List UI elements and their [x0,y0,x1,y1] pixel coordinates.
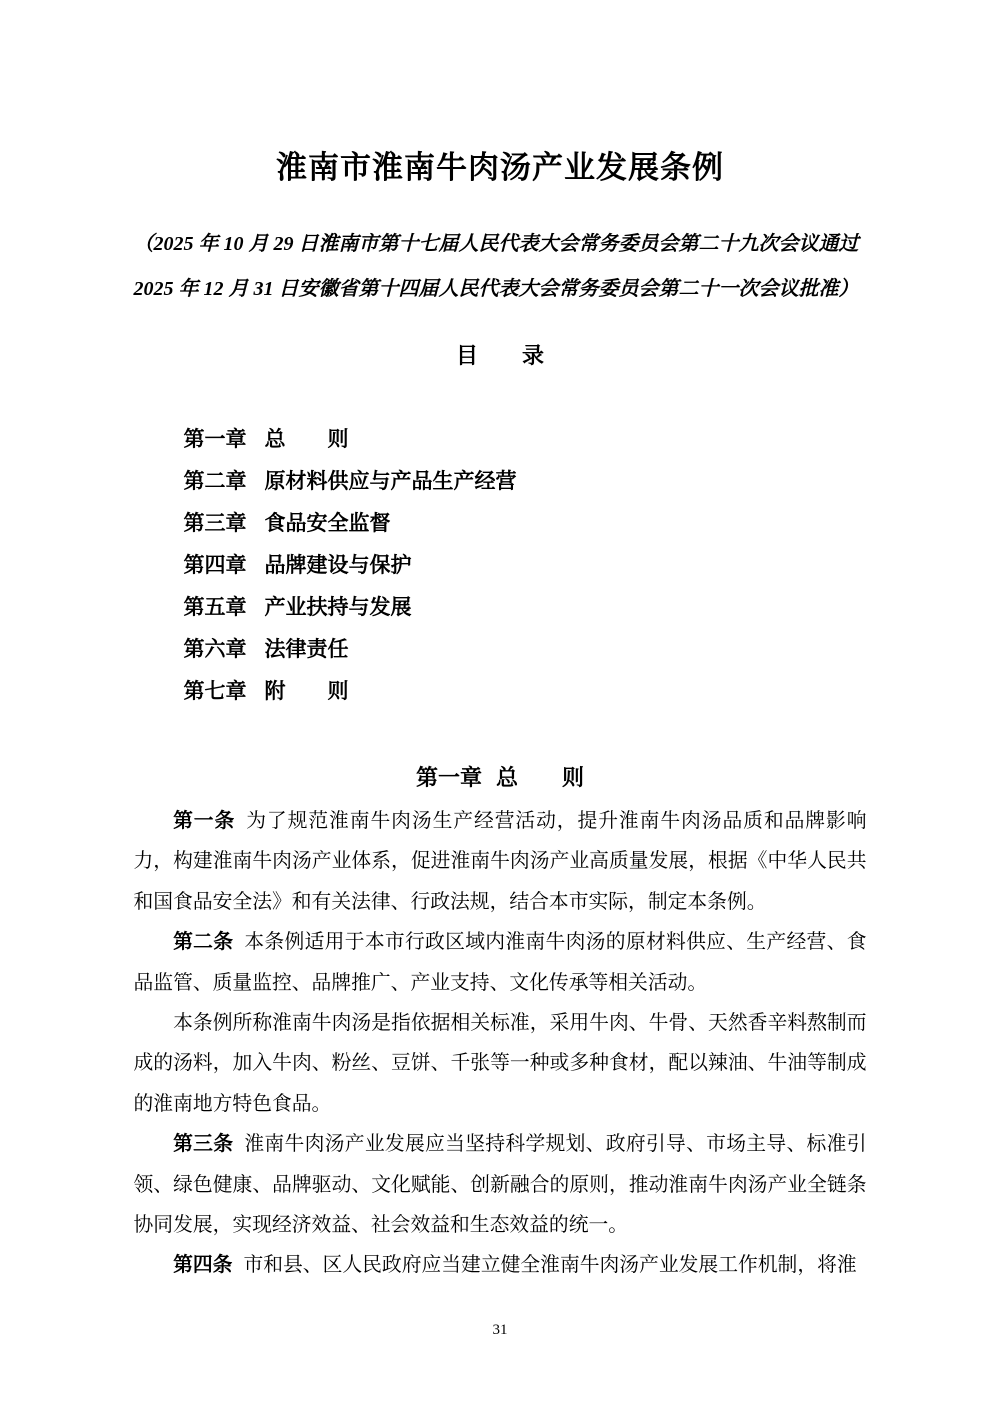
toc-row-chapter-7: 第七章附 则 [184,671,867,713]
toc-row-chapter-5: 第五章产业扶持与发展 [184,587,867,629]
toc-chapter-title: 附 则 [265,680,349,703]
article-4-text: 市和县、区人民政府应当建立健全淮南牛肉汤产业发展工作机制，将淮 [243,1254,856,1276]
toc-chapter-number: 第五章 [184,596,247,619]
toc-chapter-title: 法律责任 [265,638,349,661]
chapter-heading-number: 第一章 [416,765,482,790]
toc-row-chapter-4: 第四章品牌建设与保护 [184,545,867,587]
toc-chapter-title: 食品安全监督 [265,512,391,535]
article-1-text: 为了规范淮南牛肉汤生产经营活动，提升淮南牛肉汤品质和品牌影响力，构建淮南牛肉汤产… [134,810,867,913]
document-page: 淮南市淮南牛肉汤产业发展条例 （2025 年 10 月 29 日淮南市第十七届人… [0,0,1000,1415]
article-2-continuation-paragraph: 本条例所称淮南牛肉汤是指依据相关标准，采用牛肉、牛骨、天然香辛料熬制而成的汤料，… [134,1003,867,1124]
toc-chapter-number: 第六章 [184,638,247,661]
toc-chapter-number: 第七章 [184,680,247,703]
toc-chapter-number: 第四章 [184,554,247,577]
toc-chapter-title: 产业扶持与发展 [265,596,412,619]
article-2-paragraph: 第二条本条例适用于本市行政区域内淮南牛肉汤的原材料供应、生产经营、食品监管、质量… [134,922,867,1003]
toc-row-chapter-6: 第六章法律责任 [184,629,867,671]
toc-chapter-number: 第三章 [184,512,247,535]
toc-row-chapter-1: 第一章总 则 [184,419,867,461]
document-title: 淮南市淮南牛肉汤产业发展条例 [134,148,867,188]
article-body: 第一条为了规范淮南牛肉汤生产经营活动，提升淮南牛肉汤品质和品牌影响力，构建淮南牛… [134,801,867,1286]
article-2-label: 第二条 [173,931,233,953]
article-2-continuation-text: 本条例所称淮南牛肉汤是指依据相关标准，采用牛肉、牛骨、天然香辛料熬制而成的汤料，… [134,1012,867,1115]
article-3-label: 第三条 [173,1133,233,1155]
toc-chapter-title: 原材料供应与产品生产经营 [265,470,517,493]
document-content: 淮南市淮南牛肉汤产业发展条例 （2025 年 10 月 29 日淮南市第十七届人… [134,148,867,1286]
toc-heading: 目 录 [134,339,867,370]
article-3-text: 淮南牛肉汤产业发展应当坚持科学规划、政府引导、市场主导、标准引领、绿色健康、品牌… [134,1133,867,1236]
chapter-1-heading: 第一章总 则 [134,761,867,792]
toc-chapter-number: 第二章 [184,470,247,493]
article-4-label: 第四条 [173,1254,232,1276]
toc-chapter-title: 总 则 [265,428,349,451]
toc-row-chapter-2: 第二章原材料供应与产品生产经营 [184,461,867,503]
toc-chapter-number: 第一章 [184,428,247,451]
approval-note-line-2: 2025 年 12 月 31 日安徽省第十四届人民代表大会常务委员会第二十一次会… [134,267,867,312]
article-2-text: 本条例适用于本市行政区域内淮南牛肉汤的原材料供应、生产经营、食品监管、质量监控、… [134,931,867,993]
article-1-paragraph: 第一条为了规范淮南牛肉汤生产经营活动，提升淮南牛肉汤品质和品牌影响力，构建淮南牛… [134,801,867,922]
toc-chapter-title: 品牌建设与保护 [265,554,412,577]
approval-note: （2025 年 10 月 29 日淮南市第十七届人民代表大会常务委员会第二十九次… [134,222,867,312]
article-4-paragraph: 第四条市和县、区人民政府应当建立健全淮南牛肉汤产业发展工作机制，将淮 [134,1245,867,1285]
page-number: 31 [0,1322,1000,1339]
article-3-paragraph: 第三条淮南牛肉汤产业发展应当坚持科学规划、政府引导、市场主导、标准引领、绿色健康… [134,1124,867,1245]
toc-list: 第一章总 则 第二章原材料供应与产品生产经营 第三章食品安全监督 第四章品牌建设… [134,419,867,713]
article-1-label: 第一条 [173,810,235,832]
toc-row-chapter-3: 第三章食品安全监督 [184,503,867,545]
chapter-heading-title: 总 则 [496,765,584,790]
approval-note-line-1: （2025 年 10 月 29 日淮南市第十七届人民代表大会常务委员会第二十九次… [134,222,867,267]
